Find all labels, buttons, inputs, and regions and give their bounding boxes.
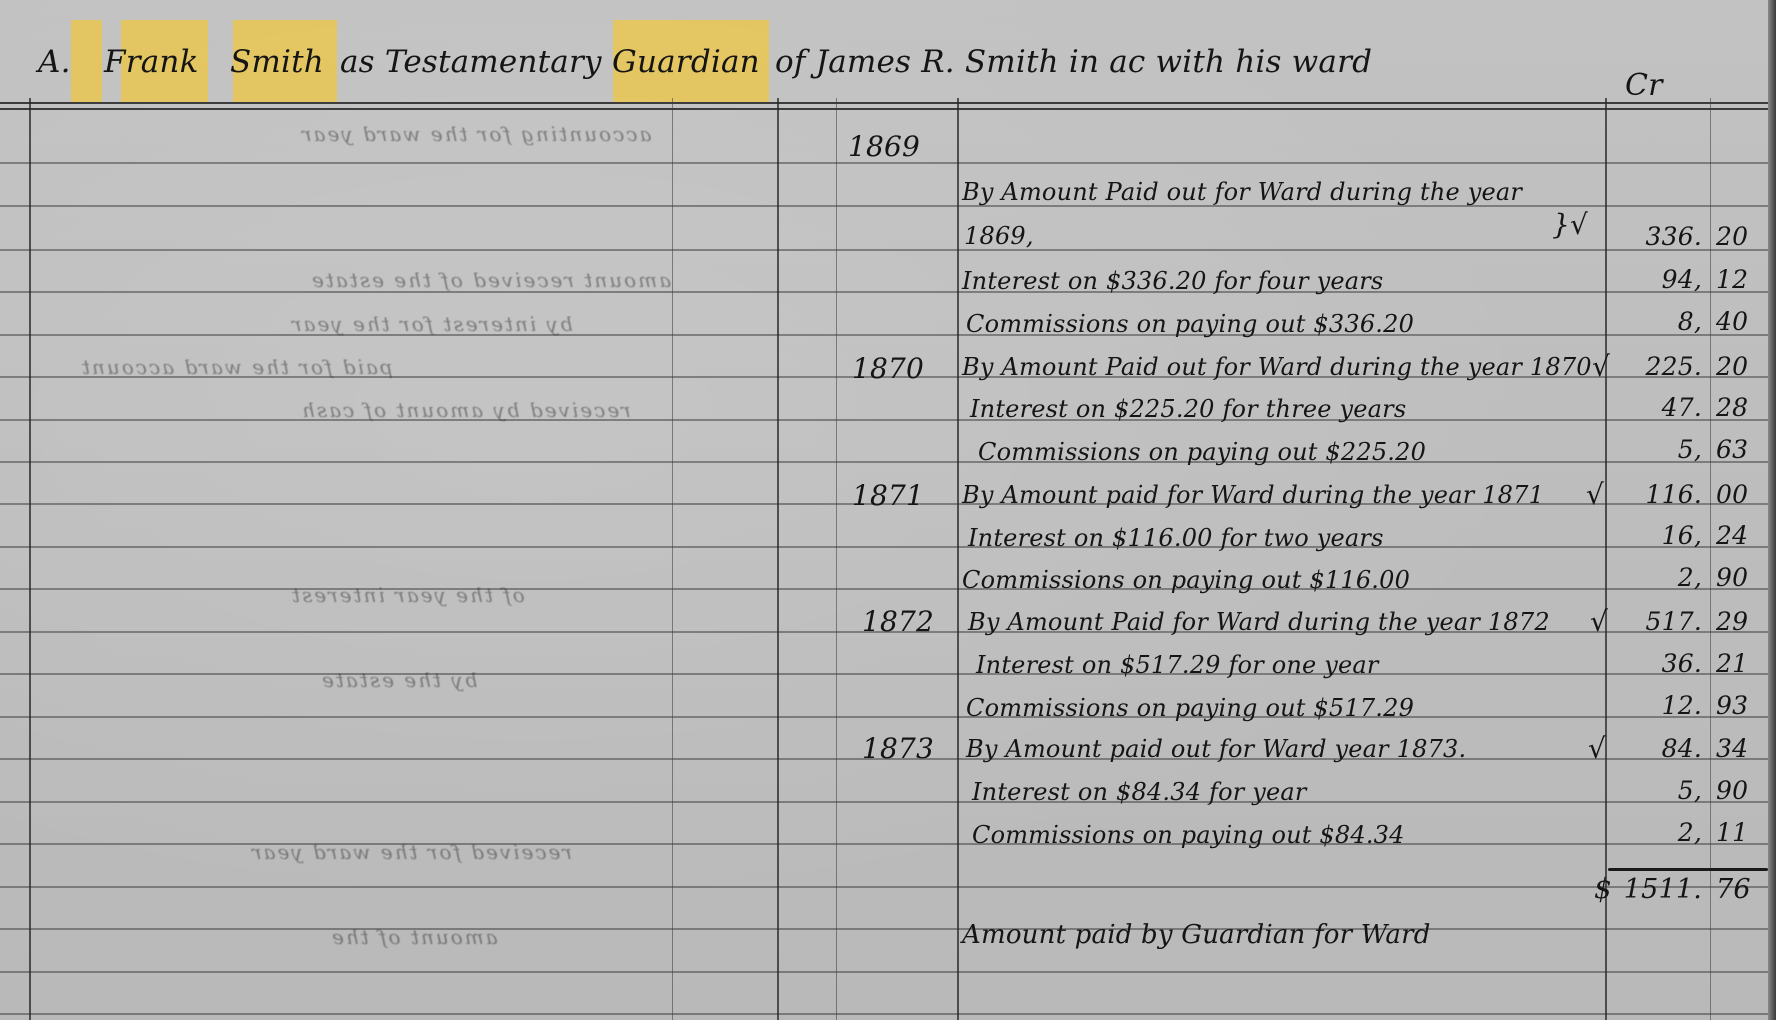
header-role: as Testamentary	[340, 44, 602, 80]
entry-description: Commissions on paying out $336.20	[966, 310, 1414, 338]
amount-dollars: 225.	[1646, 352, 1702, 381]
header-first-name: Frank	[104, 44, 199, 80]
entry-description: By Amount paid out for Ward year 1873.	[966, 735, 1466, 763]
header-surname: Smith	[230, 44, 324, 80]
ledger-rule	[0, 588, 1768, 590]
highlight-a	[71, 20, 102, 102]
ghost-text: by interest for the year	[290, 312, 573, 336]
entry-description: By Amount Paid for Ward during the year …	[968, 608, 1550, 636]
total-cents: 76	[1716, 874, 1751, 905]
amount-cents: 93	[1716, 691, 1748, 720]
header-initial: A.	[38, 44, 71, 80]
entry-year: 1872	[862, 605, 934, 638]
amount-cents: 11	[1716, 818, 1748, 847]
entry-description: Interest on $84.34 for year	[972, 778, 1307, 806]
ledger-rule	[0, 334, 1768, 336]
entry-description: Interest on $336.20 for four years	[962, 267, 1383, 295]
amount-dollars: 116.	[1646, 480, 1702, 509]
amount-cents: 90	[1716, 776, 1748, 805]
page-edge	[1768, 0, 1776, 1020]
ledger-rule	[0, 1013, 1768, 1015]
amount-dollars: 336.	[1646, 222, 1702, 251]
total-dollars: 1511.	[1624, 874, 1702, 905]
ghost-text: amount of the	[330, 925, 498, 949]
ledger-rule	[0, 461, 1768, 463]
checkmark-icon: √	[1588, 732, 1606, 765]
amount-dollars: 5,	[1678, 776, 1702, 805]
ghost-text: amount received of the estate	[310, 268, 671, 292]
amount-cents: 00	[1716, 480, 1748, 509]
entry-description: Interest on $225.20 for three years	[970, 395, 1406, 423]
amount-cents: 90	[1716, 563, 1748, 592]
ledger-page: accounting for the ward year amount rece…	[0, 0, 1776, 1020]
amount-cents: 21	[1716, 649, 1748, 678]
entry-description: Commissions on paying out $517.29	[966, 694, 1414, 722]
amount-dollars: 8,	[1678, 307, 1702, 336]
header-guardian: Guardian	[612, 44, 760, 80]
ghost-text: received for the ward year	[250, 840, 572, 864]
entry-year: 1873	[862, 732, 934, 765]
entry-description: By Amount paid for Ward during the year …	[962, 481, 1544, 509]
header-ward: of James R. Smith in ac with his ward	[775, 44, 1372, 80]
amount-cents: 63	[1716, 435, 1748, 464]
amount-cents: 40	[1716, 307, 1748, 336]
amount-cents: 34	[1716, 734, 1748, 763]
amount-cents: 12	[1716, 265, 1748, 294]
amount-cents: 20	[1716, 222, 1748, 251]
total-dollar-sign: $	[1594, 872, 1612, 905]
amount-cents: 29	[1716, 607, 1748, 636]
column-line	[777, 98, 779, 1020]
ghost-text: by the estate	[320, 668, 478, 692]
ledger-rule	[0, 249, 1768, 251]
entry-description: Interest on $116.00 for two years	[968, 524, 1384, 552]
total-underline	[1608, 868, 1768, 871]
credit-column-label: Cr	[1625, 68, 1663, 103]
column-line-description	[957, 98, 959, 1020]
entry-description: Commissions on paying out $84.34	[972, 821, 1405, 849]
amount-dollars: 5,	[1678, 435, 1702, 464]
ghost-text: received by amount of cash	[300, 398, 631, 422]
entry-description: Commissions on paying out $225.20	[978, 438, 1426, 466]
amount-dollars: 16,	[1662, 521, 1702, 550]
ledger-rule	[0, 801, 1768, 803]
column-line-cents	[1710, 98, 1711, 1020]
amount-dollars: 84.	[1662, 734, 1702, 763]
column-line	[836, 98, 837, 1020]
entry-year: 1870	[852, 352, 924, 385]
amount-dollars: 12.	[1662, 691, 1702, 720]
amount-cents: 28	[1716, 393, 1748, 422]
checkmark-icon: √	[1592, 350, 1610, 383]
ledger-rule	[0, 673, 1768, 675]
entry-description: By Amount Paid out for Ward during the y…	[962, 178, 1522, 206]
entry-description: 1869,	[964, 222, 1034, 250]
ghost-text: accounting for the ward year	[300, 122, 651, 146]
amount-cents: 20	[1716, 352, 1748, 381]
checkmark-icon: }√	[1552, 208, 1588, 241]
ledger-rule	[0, 291, 1768, 293]
amount-dollars: 36.	[1662, 649, 1702, 678]
amount-dollars: 2,	[1678, 563, 1702, 592]
entry-year: 1871	[852, 479, 924, 512]
ledger-rule	[0, 419, 1768, 421]
checkmark-icon: √	[1590, 605, 1608, 638]
ghost-text: of the year interest	[290, 583, 525, 607]
amount-cents: 24	[1716, 521, 1748, 550]
ledger-rule	[0, 716, 1768, 718]
footer-note: Amount paid by Guardian for Ward	[962, 920, 1431, 950]
ledger-rule	[0, 928, 1768, 930]
header-rule-1	[0, 102, 1768, 104]
ledger-rule	[0, 546, 1768, 548]
ledger-rule	[0, 886, 1768, 888]
entry-description: By Amount Paid out for Ward during the y…	[962, 353, 1592, 381]
amount-dollars: 94,	[1662, 265, 1702, 294]
ledger-rule	[0, 971, 1768, 973]
entry-description: Commissions on paying out $116.00	[962, 566, 1410, 594]
header-rule-2	[0, 108, 1768, 110]
column-line-left	[29, 98, 31, 1020]
checkmark-icon: √	[1586, 478, 1604, 511]
amount-dollars: 517.	[1646, 607, 1702, 636]
column-line	[672, 98, 673, 1020]
entry-description: Interest on $517.29 for one year	[976, 651, 1379, 679]
amount-dollars: 47.	[1662, 393, 1702, 422]
entry-year: 1869	[848, 130, 920, 163]
ghost-text: paid for the ward account	[80, 355, 393, 379]
amount-dollars: 2,	[1678, 818, 1702, 847]
